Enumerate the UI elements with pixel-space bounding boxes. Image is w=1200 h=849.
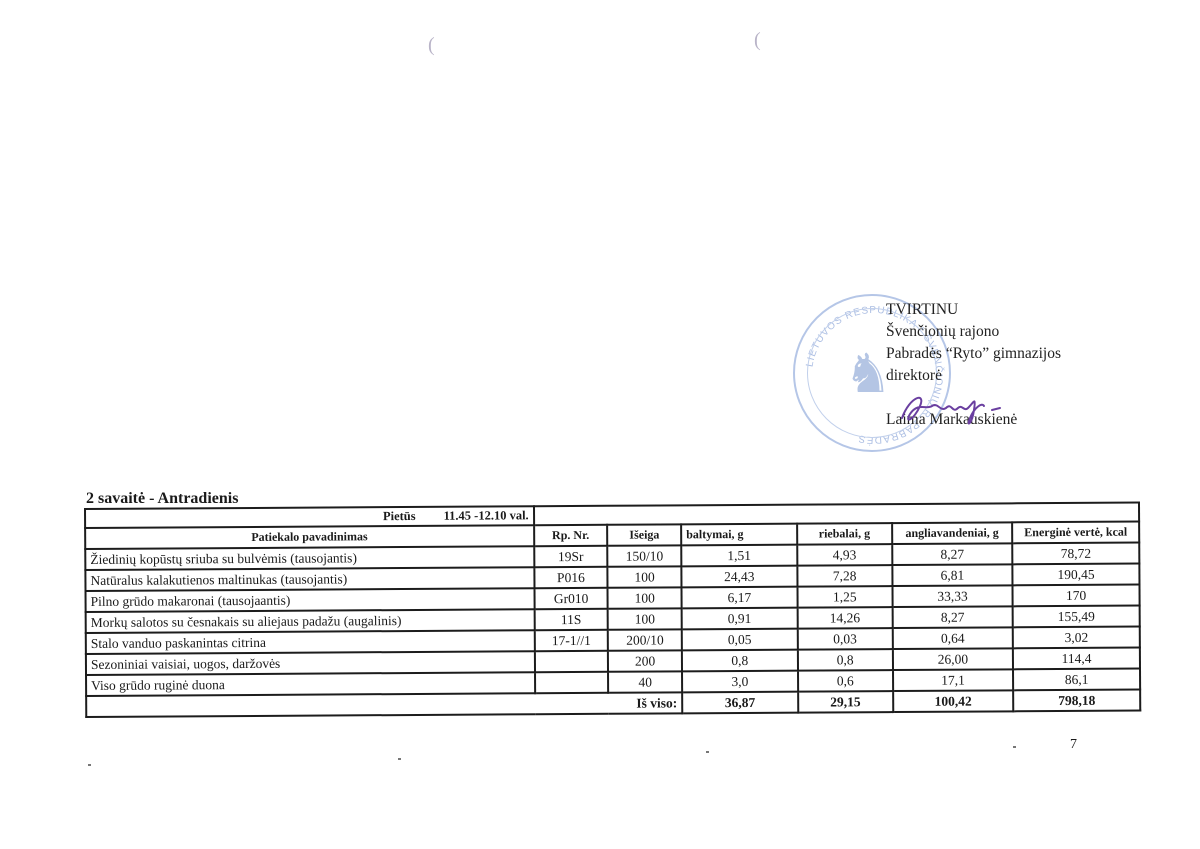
header-rp: Rp. Nr. — [534, 525, 608, 546]
page-number: 7 — [1070, 737, 1077, 753]
cell-angliavandeniai: 0,64 — [892, 627, 1013, 649]
cell-name: Stalo vanduo paskanintas citrina — [86, 630, 535, 654]
scan-speck — [88, 764, 91, 766]
cell-riebalai: 1,25 — [797, 586, 892, 608]
scan-mark: ( — [428, 34, 435, 57]
meal-name: Pietūs — [383, 509, 416, 523]
day-title: 2 savaitė - Antradienis — [86, 490, 238, 508]
cell-baltymai: 24,43 — [681, 566, 797, 588]
total-angliavandeniai: 100,42 — [893, 690, 1014, 712]
approval-heading: TVIRTINU — [886, 299, 1061, 321]
cell-rp: P016 — [534, 567, 608, 588]
cell-riebalai: 7,28 — [797, 565, 892, 587]
cell-energine: 190,45 — [1013, 564, 1140, 586]
cell-rp: 17-1//1 — [534, 630, 608, 651]
cell-riebalai: 4,93 — [797, 544, 892, 566]
cell-name: Morkų salotos su česnakais su aliejaus p… — [86, 609, 535, 633]
menu-table: Pietūs11.45 -12.10 val. Patiekalo pavadi… — [84, 502, 1141, 718]
cell-riebalai: 14,26 — [797, 607, 892, 629]
cell-iseiga: 40 — [608, 671, 682, 692]
cell-angliavandeniai: 33,33 — [892, 585, 1013, 607]
cell-name: Pilno grūdo makaronai (tausojaantis) — [86, 588, 535, 612]
cell-iseiga: 100 — [608, 587, 682, 608]
cell-baltymai: 6,17 — [682, 587, 798, 609]
header-baltymai: baltymai, g — [681, 524, 797, 546]
total-baltymai: 36,87 — [682, 692, 798, 714]
cell-angliavandeniai: 8,27 — [892, 606, 1013, 628]
header-angliavandeniai: angliavandeniai, g — [892, 522, 1013, 544]
cell-riebalai: 0,03 — [797, 628, 892, 650]
total-riebalai: 29,15 — [798, 691, 893, 713]
total-label: Iš viso: — [86, 692, 682, 717]
cell-rp: 11S — [534, 609, 608, 630]
cell-rp: Gr010 — [534, 588, 608, 609]
cell-rp — [535, 672, 609, 693]
header-energine: Energinė vertė, kcal — [1012, 522, 1139, 544]
cell-iseiga: 150/10 — [608, 545, 682, 566]
scan-speck — [706, 751, 709, 753]
cell-energine: 86,1 — [1013, 669, 1140, 691]
cell-name: Natūralus kalakutienos maltinukas (tauso… — [85, 567, 534, 591]
cell-angliavandeniai: 6,81 — [892, 564, 1013, 586]
cell-baltymai: 3,0 — [682, 671, 798, 693]
cell-riebalai: 0,8 — [798, 649, 893, 671]
header-iseiga: Išeiga — [607, 524, 681, 545]
meal-time: 11.45 -12.10 val. — [444, 508, 529, 523]
scan-mark: ( — [754, 29, 761, 52]
cell-energine: 170 — [1013, 585, 1140, 607]
cell-angliavandeniai: 8,27 — [892, 543, 1013, 565]
approval-school: Pabradės “Ryto” gimnazijos — [886, 343, 1061, 365]
cell-rp: 19Sr — [534, 546, 608, 567]
cell-baltymai: 0,8 — [682, 650, 798, 672]
cell-baltymai: 1,51 — [681, 545, 797, 567]
cell-iseiga: 100 — [608, 566, 682, 587]
signature — [896, 388, 1006, 432]
cell-angliavandeniai: 17,1 — [893, 669, 1014, 691]
header-name: Patiekalo pavadinimas — [85, 525, 534, 549]
cell-name: Sezoniniai vaisiai, uogos, daržovės — [86, 651, 535, 675]
cell-energine: 78,72 — [1012, 543, 1139, 565]
approval-district: Švenčionių rajono — [886, 321, 1061, 343]
cell-angliavandeniai: 26,00 — [893, 648, 1014, 670]
cell-rp — [534, 651, 608, 672]
approval-position: direktorė — [886, 365, 1061, 387]
cell-energine: 155,49 — [1013, 606, 1140, 628]
cell-iseiga: 100 — [608, 608, 682, 629]
cell-energine: 3,02 — [1013, 627, 1140, 649]
cell-baltymai: 0,05 — [682, 629, 798, 651]
cell-iseiga: 200 — [608, 650, 682, 671]
header-riebalai: riebalai, g — [797, 523, 892, 545]
scan-speck — [398, 758, 401, 760]
cell-riebalai: 0,6 — [798, 670, 893, 692]
scan-speck — [1013, 746, 1016, 748]
total-energine: 798,18 — [1013, 690, 1140, 712]
cell-iseiga: 200/10 — [608, 629, 682, 650]
cell-name: Viso grūdo ruginė duona — [86, 672, 535, 696]
cell-name: Žiedinių kopūstų sriuba su bulvėmis (tau… — [85, 546, 534, 570]
cell-baltymai: 0,91 — [682, 608, 798, 630]
cell-energine: 114,4 — [1013, 648, 1140, 670]
